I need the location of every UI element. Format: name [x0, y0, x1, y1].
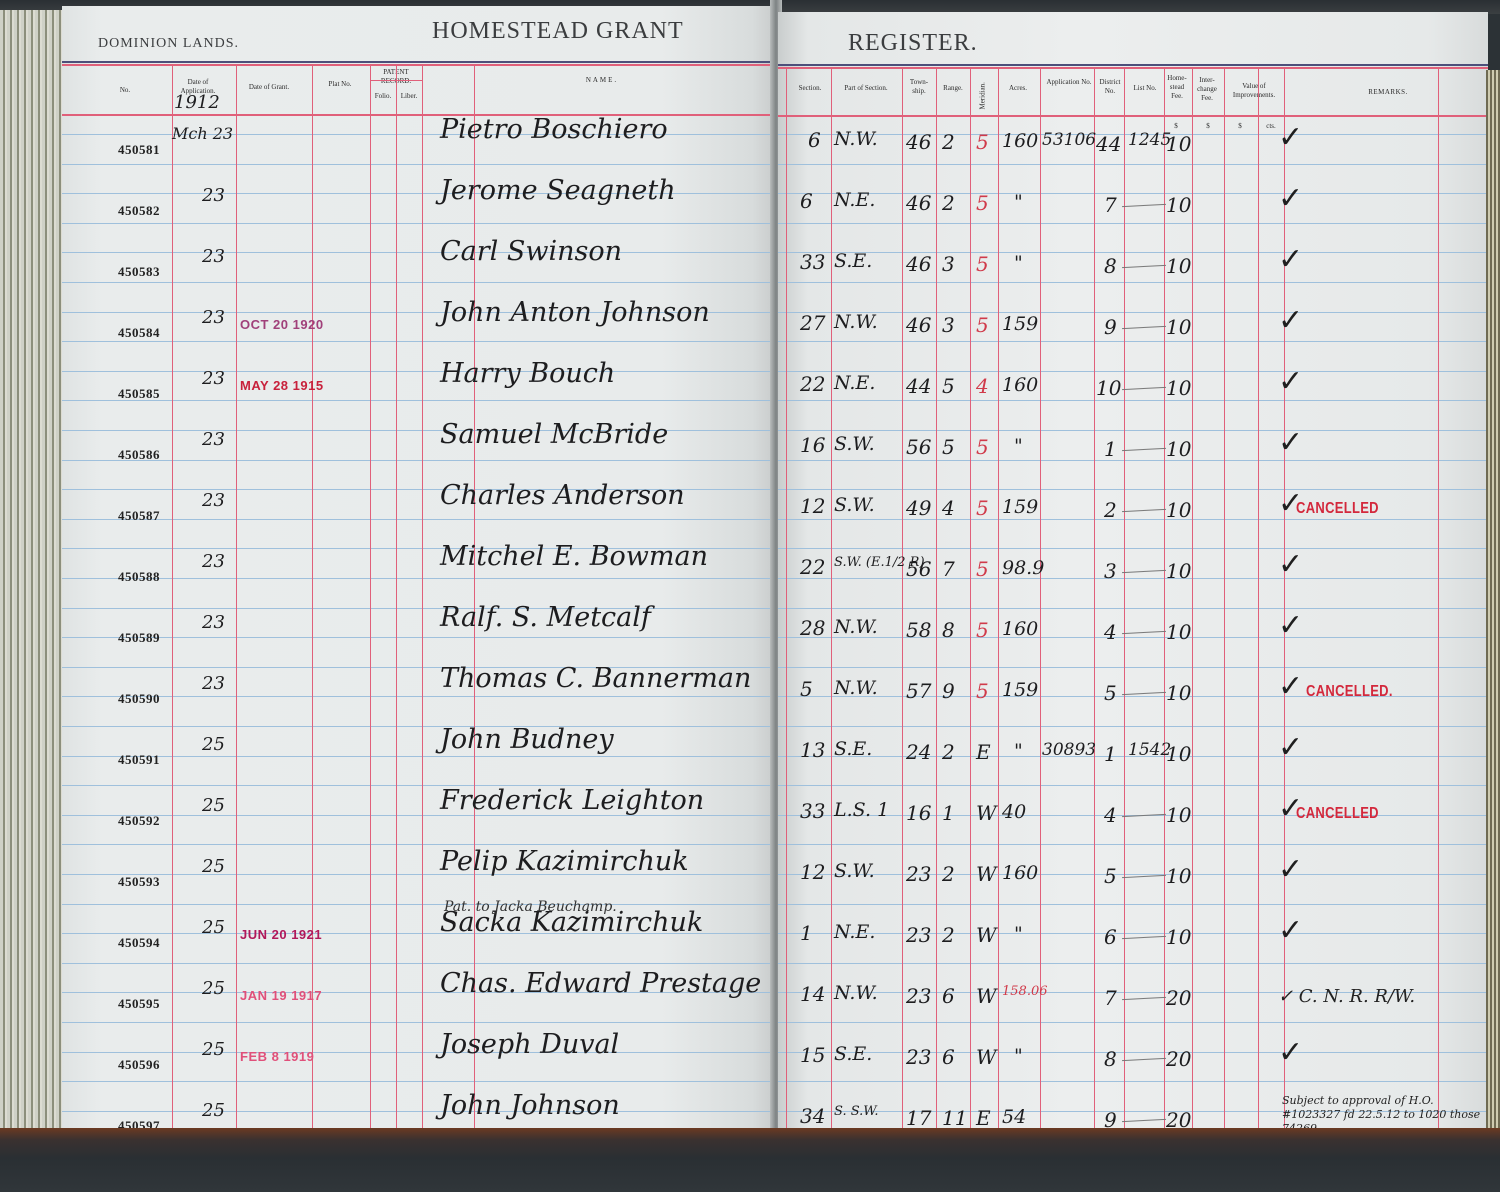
col-folio: Folio.: [370, 92, 396, 101]
applicant-name: Thomas C. Bannerman: [440, 663, 751, 694]
application-date: 25: [202, 1039, 225, 1060]
header-rule-bottom: [778, 115, 1488, 117]
ruled-line: [778, 726, 1488, 727]
township-value: 46: [906, 252, 931, 276]
col-list-no: List No.: [1128, 84, 1162, 93]
township-value: 49: [906, 496, 931, 520]
section-value: 6: [808, 128, 821, 152]
township-value: 23: [906, 984, 931, 1008]
range-value: 1: [942, 801, 955, 825]
application-date: 25: [202, 795, 225, 816]
acres-value: 160: [1002, 862, 1038, 884]
applicant-name: Pietro Boschiero: [440, 114, 668, 145]
meridian-value: 4: [976, 374, 989, 398]
list-no-value: 1542: [1128, 740, 1171, 760]
section-value: 16: [800, 433, 825, 457]
application-date: 23: [202, 490, 225, 511]
check-mark-icon: ✓: [1278, 913, 1303, 948]
part-of-section: N.W.: [834, 311, 878, 333]
homestead-fee-value: 10: [1166, 925, 1191, 949]
section-value: 12: [800, 860, 825, 884]
application-date: 25: [202, 917, 225, 938]
column-rule: [786, 67, 787, 1150]
application-date: 25: [202, 856, 225, 877]
acres-value: ": [1014, 740, 1023, 762]
ruled-line: [62, 400, 774, 401]
township-value: 23: [906, 862, 931, 886]
ruled-line: [778, 282, 1488, 283]
acres-value: 160: [1002, 374, 1038, 396]
dollar-sign: $: [1200, 122, 1216, 131]
part-of-section: S.W.: [834, 494, 875, 516]
ruled-line: [778, 578, 1488, 579]
township-value: 58: [906, 618, 931, 642]
ruled-line: [62, 756, 774, 757]
column-rule: [1224, 67, 1225, 1150]
district-value: 2: [1104, 498, 1117, 522]
application-date: 23: [202, 612, 225, 633]
township-value: 16: [906, 801, 931, 825]
title-homestead-grant: HOMESTEAD GRANT: [432, 18, 684, 45]
cancelled-stamp: CANCELLED: [1296, 804, 1379, 822]
part-of-section: N.E.: [834, 372, 875, 394]
col-liber: Liber.: [396, 92, 422, 101]
district-value: 10: [1096, 376, 1121, 400]
acres-value: ": [1014, 1045, 1023, 1067]
ditto-dash: [1122, 1058, 1166, 1061]
column-rule: [370, 64, 371, 1146]
ruled-line: [62, 904, 774, 905]
book-cover-bottom: [0, 1128, 1500, 1192]
homestead-fee-value: 10: [1166, 437, 1191, 461]
meridian-value: 5: [976, 435, 989, 459]
application-date: 23: [202, 551, 225, 572]
homestead-fee-value: 20: [1166, 1047, 1191, 1071]
ruled-line: [62, 963, 774, 964]
ruled-line: [778, 637, 1488, 638]
applicant-name: Harry Bouch: [440, 358, 615, 389]
section-value: 34: [800, 1104, 825, 1128]
meridian-value: 5: [976, 679, 989, 703]
column-rule: [998, 67, 999, 1150]
col-no: No.: [110, 86, 140, 95]
col-township: Town-ship.: [904, 78, 934, 96]
part-of-section: S.E.: [834, 738, 872, 760]
column-rule: [236, 64, 237, 1146]
part-of-section: N.W.: [834, 128, 878, 150]
column-rule: [1164, 67, 1165, 1150]
ruled-line: [62, 726, 774, 727]
ruled-line: [778, 164, 1488, 165]
acres-value: 159: [1002, 679, 1038, 701]
ruled-line: [62, 1111, 774, 1112]
check-mark-icon: ✓: [1278, 852, 1303, 887]
district-value: 7: [1104, 986, 1117, 1010]
range-value: 4: [942, 496, 955, 520]
check-mark-icon: ✓: [1278, 1035, 1303, 1070]
section-value: 5: [800, 677, 813, 701]
homestead-fee-value: 10: [1166, 254, 1191, 278]
ruled-line: [778, 489, 1488, 490]
homestead-fee-value: 10: [1166, 681, 1191, 705]
district-value: 9: [1104, 315, 1117, 339]
record-number: 450583: [118, 264, 160, 280]
applicant-name: Joseph Duval: [440, 1029, 619, 1060]
dominion-lands-label: DOMINION LANDS.: [98, 36, 239, 52]
township-value: 23: [906, 923, 931, 947]
dollar-sign: $: [1232, 122, 1248, 131]
year-label: 1912: [174, 92, 220, 113]
ditto-dash: [1122, 1119, 1166, 1122]
ruled-line: [778, 1022, 1488, 1023]
cancelled-stamp: CANCELLED.: [1306, 682, 1393, 700]
ruled-line: [62, 252, 774, 253]
ruled-line: [778, 874, 1488, 875]
check-mark-icon: ✓: [1278, 425, 1303, 460]
section-value: 14: [800, 982, 825, 1006]
record-number: 450586: [118, 447, 160, 463]
homestead-fee-value: 10: [1166, 559, 1191, 583]
range-value: 3: [942, 313, 955, 337]
district-value: 44: [1096, 132, 1121, 156]
section-value: 22: [800, 555, 825, 579]
meridian-value: E: [976, 1106, 991, 1130]
column-rule: [312, 64, 313, 1146]
range-value: 5: [942, 435, 955, 459]
part-of-section: N.E.: [834, 189, 875, 211]
record-number: 450581: [118, 142, 160, 158]
ruled-line: [778, 400, 1488, 401]
left-page: DOMINION LANDS. HOMESTEAD GRANT No. Date…: [62, 6, 774, 1146]
col-interchange-fee: Inter-change Fee.: [1192, 76, 1222, 103]
ruled-line: [778, 312, 1488, 313]
meridian-value: E: [976, 740, 991, 764]
ditto-dash: [1122, 387, 1166, 390]
range-value: 5: [942, 374, 955, 398]
ruled-line: [62, 341, 774, 342]
ruled-line: [62, 282, 774, 283]
check-mark-icon: ✓: [1278, 547, 1303, 582]
ruled-line: [778, 430, 1488, 431]
ruled-line: [778, 904, 1488, 905]
column-rule: [902, 67, 903, 1150]
section-value: 13: [800, 738, 825, 762]
grant-date-stamp: MAY 28 1915: [240, 378, 324, 393]
ruled-line: [778, 1081, 1488, 1082]
ruled-line: [62, 164, 774, 165]
record-number: 450592: [118, 813, 160, 829]
meridian-value: W: [976, 923, 997, 947]
section-value: 33: [800, 799, 825, 823]
acres-value: 160: [1002, 130, 1038, 152]
range-value: 3: [942, 252, 955, 276]
name-note: Pat. to Jacka Beuchamp.: [444, 899, 617, 915]
ditto-dash: [1122, 204, 1166, 207]
ruled-line: [778, 223, 1488, 224]
ditto-dash: [1122, 875, 1166, 878]
remark-text: ✓ C. N. R. R/W.: [1278, 986, 1415, 1007]
section-value: 33: [800, 250, 825, 274]
range-value: 2: [942, 862, 955, 886]
homestead-fee-value: 10: [1166, 620, 1191, 644]
col-range: Range.: [938, 84, 968, 93]
cancelled-stamp: CANCELLED: [1296, 499, 1379, 517]
col-remarks: REMARKS.: [1298, 88, 1478, 97]
ditto-dash: [1122, 448, 1166, 451]
ruled-line: [778, 844, 1488, 845]
header-rule-top-red: [62, 64, 774, 66]
district-value: 6: [1104, 925, 1117, 949]
column-rule: [172, 64, 173, 1146]
meridian-value: W: [976, 984, 997, 1008]
ruled-line: [62, 371, 774, 372]
applicant-name: Frederick Leighton: [440, 785, 704, 816]
check-mark-icon: ✓: [1278, 669, 1303, 704]
meridian-value: 5: [976, 313, 989, 337]
range-value: 7: [942, 557, 955, 581]
applicant-name: John Budney: [440, 724, 614, 755]
district-value: 5: [1104, 681, 1117, 705]
range-value: 6: [942, 1045, 955, 1069]
grant-date-stamp: JAN 19 1917: [240, 988, 322, 1003]
township-value: 44: [906, 374, 931, 398]
ruled-line: [62, 637, 774, 638]
applicant-name: Carl Swinson: [440, 236, 622, 267]
part-of-section: N.W.: [834, 677, 878, 699]
col-section: Section.: [790, 84, 830, 93]
range-value: 8: [942, 618, 955, 642]
page-edges-right: [1486, 70, 1500, 1150]
district-value: 1: [1104, 437, 1117, 461]
record-number: 450589: [118, 630, 160, 646]
check-mark-icon: ✓: [1278, 303, 1303, 338]
township-value: 17: [906, 1106, 931, 1130]
list-no-value: 1245: [1128, 130, 1171, 150]
range-value: 2: [942, 191, 955, 215]
column-rule: [936, 67, 937, 1150]
applicant-name: Samuel McBride: [440, 419, 668, 450]
homestead-fee-value: 10: [1166, 193, 1191, 217]
ditto-dash: [1122, 936, 1166, 939]
applicant-name: John Johnson: [440, 1090, 620, 1121]
application-date: 23: [202, 307, 225, 328]
applicant-name: Mitchel E. Bowman: [440, 541, 708, 572]
record-number: 450584: [118, 325, 160, 341]
column-rule: [1094, 67, 1095, 1150]
part-of-section: S.E.: [834, 250, 872, 272]
ruled-line: [62, 1081, 774, 1082]
township-value: 56: [906, 435, 931, 459]
acres-value: ": [1014, 923, 1023, 945]
record-number: 450596: [118, 1057, 160, 1073]
col-meridian: Meridian.: [979, 84, 988, 110]
acres-value: 54: [1002, 1106, 1026, 1128]
district-value: 4: [1104, 620, 1117, 644]
application-date: 25: [202, 978, 225, 999]
applicant-name: Jerome Seagneth: [440, 175, 676, 206]
section-value: 12: [800, 494, 825, 518]
homestead-fee-value: 10: [1166, 498, 1191, 522]
column-rule: [831, 67, 832, 1150]
grant-date-stamp: FEB 8 1919: [240, 1049, 314, 1064]
part-of-section: S.W.: [834, 860, 875, 882]
grant-date-stamp: OCT 20 1920: [240, 317, 324, 332]
check-mark-icon: ✓: [1278, 181, 1303, 216]
meridian-value: 5: [976, 496, 989, 520]
ruled-line: [778, 548, 1488, 549]
acres-value: 159: [1002, 496, 1038, 518]
header-rule-top-red: [778, 67, 1488, 69]
ruled-line: [62, 578, 774, 579]
col-application-no: Application No.: [1044, 78, 1094, 87]
township-value: 56: [906, 557, 931, 581]
record-number: 450594: [118, 935, 160, 951]
meridian-value: W: [976, 1045, 997, 1069]
check-mark-icon: ✓: [1278, 364, 1303, 399]
acres-value: 160: [1002, 618, 1038, 640]
ruled-line: [778, 785, 1488, 786]
ruled-line: [778, 193, 1488, 194]
column-rule: [1258, 67, 1259, 1150]
col-plat-no: Plat No.: [312, 80, 368, 89]
range-value: 6: [942, 984, 955, 1008]
ditto-dash: [1122, 997, 1166, 1000]
district-value: 8: [1104, 254, 1117, 278]
part-of-section: N.W.: [834, 616, 878, 638]
col-name: NAME.: [502, 76, 702, 85]
application-no-value: 53106: [1042, 130, 1096, 150]
application-no-value: 30893: [1042, 740, 1096, 760]
acres-value: 40: [1002, 801, 1026, 823]
header-rule-top: [62, 61, 774, 63]
section-value: 28: [800, 616, 825, 640]
township-value: 23: [906, 1045, 931, 1069]
column-rule: [970, 67, 971, 1150]
ruled-line: [778, 667, 1488, 668]
applicant-name: Pelip Kazimirchuk: [440, 846, 689, 877]
part-of-section: N.E.: [834, 921, 875, 943]
part-of-section: S. S.W.: [834, 1104, 879, 1119]
ruled-line: [62, 696, 774, 697]
record-number: 450593: [118, 874, 160, 890]
ditto-dash: [1122, 265, 1166, 268]
meridian-value: 5: [976, 130, 989, 154]
homestead-fee-value: 10: [1166, 376, 1191, 400]
ditto-dash: [1122, 692, 1166, 695]
header-rule-top: [778, 64, 1488, 66]
col-acres: Acres.: [1000, 84, 1036, 93]
acres-value: ": [1014, 191, 1023, 213]
ruled-line: [62, 844, 774, 845]
column-rule: [1192, 67, 1193, 1150]
township-value: 57: [906, 679, 931, 703]
part-of-section: N.W.: [834, 982, 878, 1004]
check-mark-icon: ✓: [1278, 120, 1303, 155]
ruled-line: [62, 608, 774, 609]
range-value: 9: [942, 679, 955, 703]
township-value: 46: [906, 191, 931, 215]
ditto-dash: [1122, 326, 1166, 329]
record-number: 450582: [118, 203, 160, 219]
meridian-value: 5: [976, 191, 989, 215]
application-date: 23: [202, 673, 225, 694]
col-district-no: District No.: [1096, 78, 1124, 96]
section-value: 6: [800, 189, 813, 213]
homestead-fee-value: 20: [1166, 986, 1191, 1010]
ruled-line: [778, 933, 1488, 934]
homestead-fee-value: 10: [1166, 315, 1191, 339]
range-value: 2: [942, 923, 955, 947]
record-number: 450587: [118, 508, 160, 524]
application-date: 23: [202, 429, 225, 450]
column-rule: [1124, 67, 1125, 1150]
check-mark-icon: ✓: [1278, 730, 1303, 765]
acres-value: 98.9: [1002, 557, 1044, 579]
section-value: 27: [800, 311, 825, 335]
col-homestead-fee: Home-stead Fee.: [1166, 74, 1188, 101]
ruled-line: [62, 1052, 774, 1053]
ruled-line: [778, 460, 1488, 461]
application-date: Mch 23: [172, 124, 233, 143]
district-value: 4: [1104, 803, 1117, 827]
homestead-fee-value: 10: [1166, 742, 1191, 766]
applicant-name: John Anton Johnson: [440, 297, 710, 328]
right-page: REGISTER. Section. Part of Section. Town…: [778, 12, 1488, 1150]
district-value: 8: [1104, 1047, 1117, 1071]
homestead-fee-value: 10: [1166, 803, 1191, 827]
meridian-value: W: [976, 862, 997, 886]
homestead-fee-value: 10: [1166, 132, 1191, 156]
ditto-dash: [1122, 631, 1166, 634]
range-value: 2: [942, 130, 955, 154]
range-value: 11: [942, 1106, 967, 1130]
application-date: 23: [202, 185, 225, 206]
column-rule: [396, 64, 397, 1146]
col-part-of-section: Part of Section.: [834, 84, 898, 93]
col-value-improvements: Value of Improvements.: [1224, 82, 1284, 100]
column-rule: [422, 64, 423, 1146]
acres-value: 158.06: [1002, 984, 1048, 999]
ditto-dash: [1122, 509, 1166, 512]
col-date-grant: Date of Grant.: [238, 83, 300, 92]
acres-value: ": [1014, 435, 1023, 457]
township-value: 46: [906, 130, 931, 154]
homestead-fee-value: 10: [1166, 864, 1191, 888]
part-of-section: S.E.: [834, 1043, 872, 1065]
record-number: 450585: [118, 386, 160, 402]
ruled-line: [62, 460, 774, 461]
ruled-line: [778, 252, 1488, 253]
record-number: 450591: [118, 752, 160, 768]
applicant-name: Ralf. S. Metcalf: [440, 602, 651, 633]
ruled-line: [778, 519, 1488, 520]
township-value: 24: [906, 740, 931, 764]
grant-date-stamp: JUN 20 1921: [240, 927, 322, 942]
ruled-line: [62, 1022, 774, 1023]
meridian-value: 5: [976, 557, 989, 581]
application-date: 25: [202, 734, 225, 755]
ruled-line: [778, 341, 1488, 342]
acres-value: 159: [1002, 313, 1038, 335]
column-rule: [1438, 67, 1439, 1150]
meridian-value: 5: [976, 252, 989, 276]
township-value: 46: [906, 313, 931, 337]
district-value: 5: [1104, 864, 1117, 888]
ruled-line: [778, 963, 1488, 964]
ruled-line: [778, 608, 1488, 609]
title-register: REGISTER.: [848, 30, 978, 57]
check-mark-icon: ✓: [1278, 242, 1303, 277]
